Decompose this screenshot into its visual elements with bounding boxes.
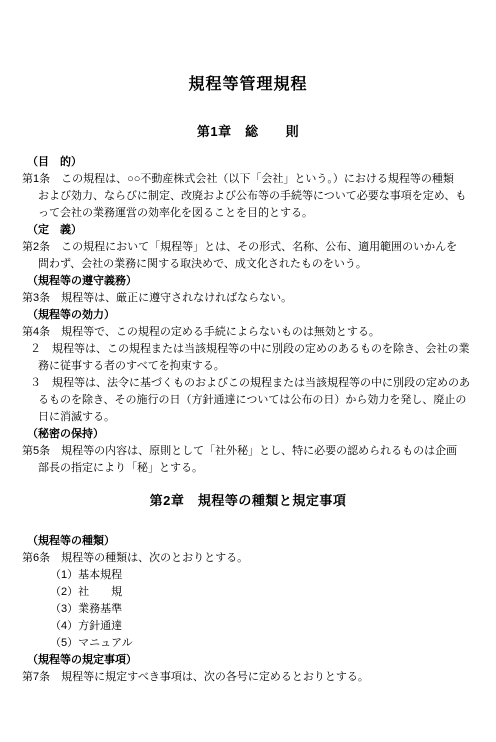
article-line: 第6条 規程等の種類は、次のとおりとする。 [22, 550, 484, 567]
article-line: 第7条 規程等に規定すべき事項は、次の各号に定めるとおりとする。 [22, 669, 484, 686]
continuation-line: および効力、ならびに制定、改廃および公布等の手続等について必要な事項を定め、も [38, 188, 484, 205]
document-title: 規程等管理規程 [0, 0, 496, 94]
chapter-1-heading: 第1章 総 則 [0, 121, 496, 140]
article-caption: （目 的） [27, 154, 484, 171]
list-item-line: （2）社 規 [50, 584, 484, 601]
continuation-line: 務に従事する者のすべてを拘束する。 [38, 358, 484, 375]
list-item-line: （5）マニュアル [50, 635, 484, 652]
article-line: 第3条 規程等は、厳正に遵守されなければならない。 [22, 290, 484, 307]
article-line: 第4条 規程等で、この規程の定める手続によらないものは無効とする。 [22, 324, 484, 341]
article-caption: （規程等の遵守義務） [27, 273, 484, 290]
article-caption: （定 義） [27, 222, 484, 239]
article-line: 第5条 規程等の内容は、原則として「社外秘」とし、特に必要の認められるものは企画 [22, 443, 484, 460]
chapter-2-heading: 第2章 規程等の種類と規定事項 [0, 490, 496, 509]
continuation-line: 部長の指定により「秘」とする。 [38, 460, 484, 477]
paragraph-line: ２ 規程等は、この規程または当該規程等の中に別段の定めのあるものを除き、会社の業 [30, 341, 484, 358]
document-page: 規程等管理規程 第1章 総 則 （目 的） 第1条 この規程は、○○不動産株式会… [0, 0, 496, 742]
continuation-line: って会社の業務運営の効率化を図ることを目的とする。 [38, 205, 484, 222]
article-caption: （秘密の保持） [27, 426, 484, 443]
chapter-1-body: （目 的） 第1条 この規程は、○○不動産株式会社（以下「会社」という。）におけ… [0, 154, 496, 477]
list-item-line: （1）基本規程 [50, 567, 484, 584]
paragraph-line: ３ 規程等は、法令に基づくものおよびこの規程または当該規程等の中に別段の定めのあ [30, 375, 484, 392]
list-item-line: （4）方針通達 [50, 618, 484, 635]
list-item-line: （3）業務基準 [50, 601, 484, 618]
continuation-line: 日に消滅する。 [38, 409, 484, 426]
article-line: 第2条 この規程において「規程等」とは、その形式、名称、公布、適用範囲のいかんを [22, 239, 484, 256]
continuation-line: るものを除き、その施行の日（方針通達については公布の日）から効力を発し、廃止の [38, 392, 484, 409]
article-caption: （規程等の種類） [27, 533, 484, 550]
continuation-line: 問わず、会社の業務に関する取決めで、成文化されたものをいう。 [38, 256, 484, 273]
article-caption: （規程等の効力） [27, 307, 484, 324]
article-caption: （規程等の規定事項） [27, 652, 484, 669]
article-line: 第1条 この規程は、○○不動産株式会社（以下「会社」という。）における規程等の種… [22, 171, 484, 188]
chapter-2-body: （規程等の種類） 第6条 規程等の種類は、次のとおりとする。 （1）基本規程 （… [0, 533, 496, 686]
